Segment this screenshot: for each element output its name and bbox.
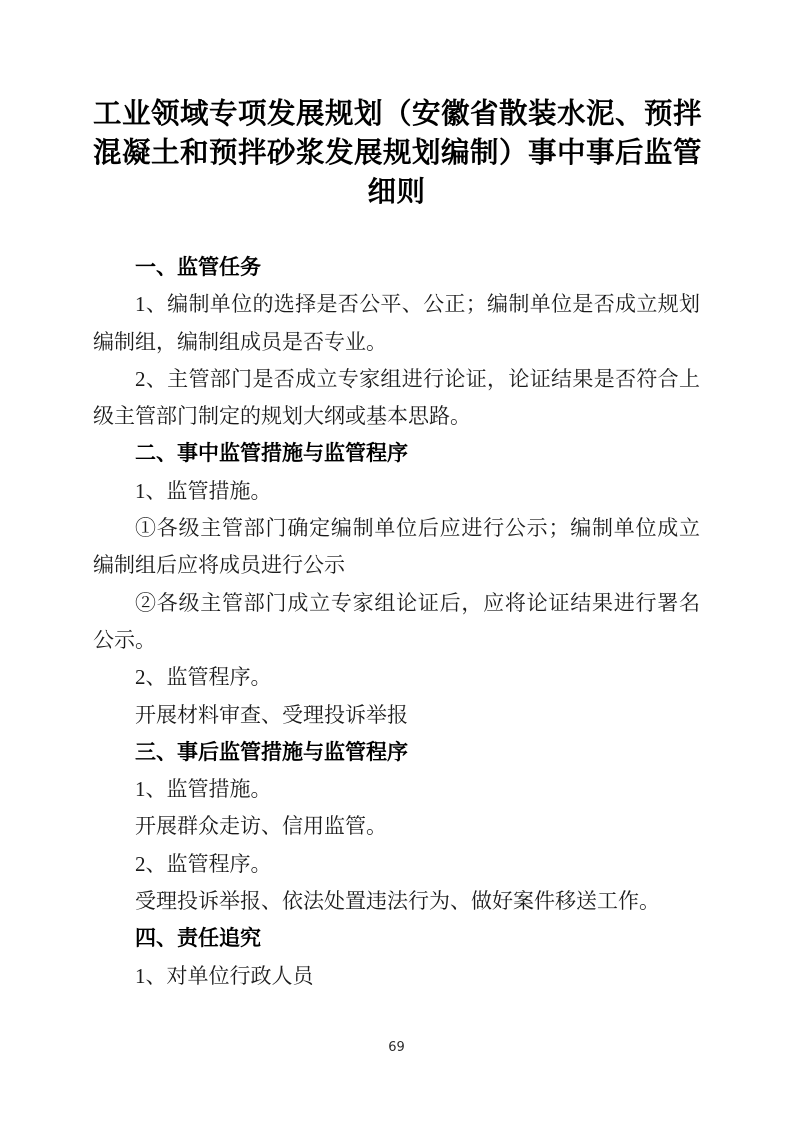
- title-line-1: 工业领域专项发展规划（安徽省散装水泥、预拌: [93, 95, 700, 134]
- paragraph-task-1: 1、编制单位的选择是否公平、公正；编制单位是否成立规划编制组，编制组成员是否专业…: [93, 286, 700, 361]
- paragraph-during-procedure-label: 2、监管程序。: [93, 659, 700, 696]
- paragraph-during-procedure-detail: 开展材料审查、受理投诉举报: [93, 697, 700, 734]
- paragraph-task-2: 2、主管部门是否成立专家组进行论证，论证结果是否符合上级主管部门制定的规划大纲或…: [93, 361, 700, 436]
- section-heading-accountability: 四、责任追究: [93, 920, 700, 957]
- document-title: 工业领域专项发展规划（安徽省散装水泥、预拌 混凝土和预拌砂浆发展规划编制）事中事…: [93, 95, 700, 212]
- section-heading-supervision-tasks: 一、监管任务: [93, 249, 700, 286]
- document-page: 工业领域专项发展规划（安徽省散装水泥、预拌 混凝土和预拌砂浆发展规划编制）事中事…: [0, 0, 793, 1122]
- paragraph-after-procedure-detail: 受理投诉举报、依法处置违法行为、做好案件移送工作。: [93, 883, 700, 920]
- section-heading-after-supervision: 三、事后监管措施与监管程序: [93, 734, 700, 771]
- paragraph-during-measure-1: ①各级主管部门确定编制单位后应进行公示；编制单位成立编制组后应将成员进行公示: [93, 510, 700, 585]
- page-number: 69: [0, 1040, 793, 1055]
- paragraph-after-procedure-label: 2、监管程序。: [93, 846, 700, 883]
- title-line-2: 混凝土和预拌砂浆发展规划编制）事中事后监管: [93, 134, 700, 173]
- section-heading-during-supervision: 二、事中监管措施与监管程序: [93, 435, 700, 472]
- paragraph-accountability-1: 1、对单位行政人员: [93, 958, 700, 995]
- paragraph-during-measures-label: 1、监管措施。: [93, 473, 700, 510]
- title-line-3: 细则: [93, 173, 700, 212]
- paragraph-after-measure-detail: 开展群众走访、信用监管。: [93, 808, 700, 845]
- paragraph-after-measures-label: 1、监管措施。: [93, 771, 700, 808]
- paragraph-during-measure-2: ②各级主管部门成立专家组论证后，应将论证结果进行署名公示。: [93, 585, 700, 660]
